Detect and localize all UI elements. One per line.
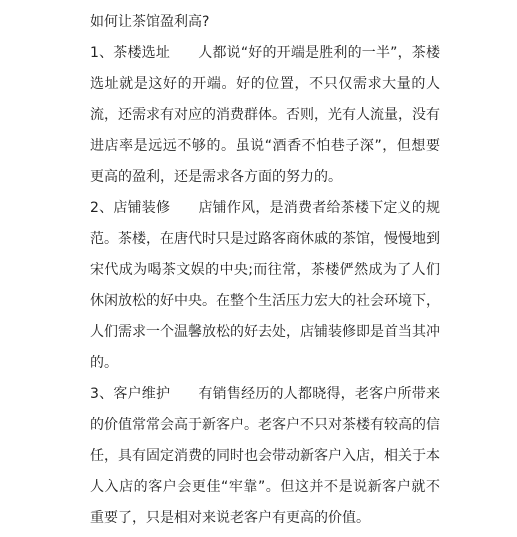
section-3: 3、客户维护有销售经历的人都晓得，老客户所带来的价值常常会高于新客户。老客户不只… <box>90 379 440 534</box>
section-heading: 2、店铺装修 <box>90 200 170 216</box>
section-1: 1、茶楼选址人都说“好的开端是胜利的一半”，茶楼选址就是这好的开端。好的位置，不… <box>90 38 440 193</box>
section-body: 人都说“好的开端是胜利的一半”，茶楼选址就是这好的开端。好的位置，不只仅需求大量… <box>90 45 440 185</box>
article: 如何让茶馆盈利高? 1、茶楼选址人都说“好的开端是胜利的一半”，茶楼选址就是这好… <box>90 7 440 534</box>
section-body: 有销售经历的人都晓得，老客户所带来的价值常常会高于新客户。老客户不只对茶楼有较高… <box>90 386 440 526</box>
article-title: 如何让茶馆盈利高? <box>90 7 440 38</box>
section-heading: 1、茶楼选址 <box>90 45 170 61</box>
section-2: 2、店铺装修店铺作风，是消费者给茶楼下定义的规范。茶楼，在唐代时只是过路客商休戚… <box>90 193 440 379</box>
section-body: 店铺作风，是消费者给茶楼下定义的规范。茶楼，在唐代时只是过路客商休戚的茶馆，慢慢… <box>90 200 440 371</box>
section-heading: 3、客户维护 <box>90 386 170 402</box>
